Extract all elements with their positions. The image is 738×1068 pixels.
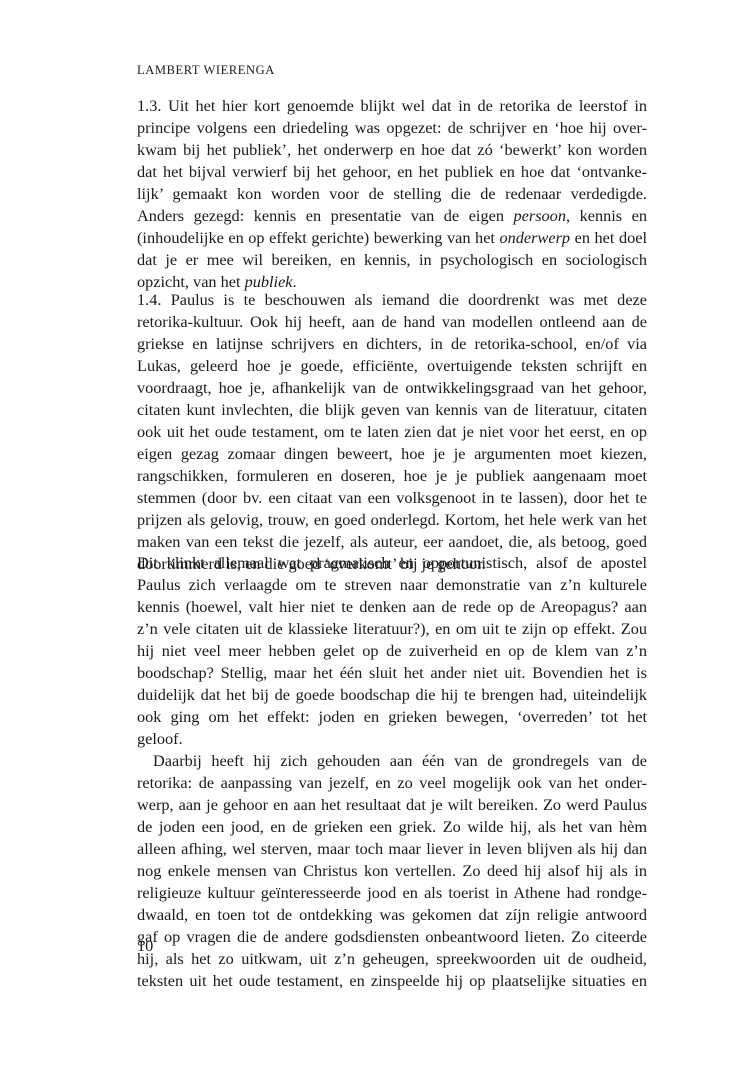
text-line: dwaald, en toen tot de ontdekking was ge… <box>137 904 647 926</box>
text-line: duidelijk dat het bij de goede boodschap… <box>137 684 647 706</box>
text-line: citaten kunt invlechten, die blijk geven… <box>137 399 647 421</box>
text-line: Paulus zich verlaagde om te streven naar… <box>137 574 647 596</box>
text-line: retorika-kultuur. Ook hij heeft, aan de … <box>137 311 647 333</box>
text-line: Dit klinkt allemaal wat pragmatisch en o… <box>137 552 647 574</box>
text-line-italic-persoon: Anders gezegd: kennis en presentatie van… <box>137 205 647 227</box>
text-line: ook uit het oude testament, om te laten … <box>137 421 647 443</box>
text-line: prijzen als gelovig, trouw, en goed onde… <box>137 509 647 531</box>
text-line: z’n vele citaten uit de klassieke litera… <box>137 618 647 640</box>
text-line: boodschap? Stellig, maar het één sluit h… <box>137 662 647 684</box>
text-line: eigen gezag zomaar dingen beweert, hoe j… <box>137 443 647 465</box>
paragraph-dit-klinkt: Dit klinkt allemaal wat pragmatisch en o… <box>137 552 647 750</box>
text-line: de joden een jood, en de grieken een gri… <box>137 816 647 838</box>
running-head: LAMBERT WIERENGA <box>137 63 275 78</box>
text-line: kennis (hoewel, valt hier niet te denken… <box>137 596 647 618</box>
italic-term: persoon <box>514 206 566 225</box>
text-line: griekse en latijnse schrijvers en dichte… <box>137 333 647 355</box>
text-line: hij, als het zo uitkwam, uit z’n geheuge… <box>137 948 647 970</box>
text-line: Lukas, geleerd hoe je goede, efficiënte,… <box>137 355 647 377</box>
text-line: voordraagt, hoe je, afhankelijk van de o… <box>137 377 647 399</box>
paragraph-1-4: 1.4. Paulus is te beschouwen als iemand … <box>137 289 647 575</box>
text-line-italic-onderwerp: (inhoudelijke en op effekt gerichte) bew… <box>137 227 647 249</box>
text-line: stemmen (door bv. een citaat van een vol… <box>137 487 647 509</box>
text-line: gaf op vragen die de andere godsdiensten… <box>137 926 647 948</box>
text-line: maken van een tekst die jezelf, als aute… <box>137 531 647 553</box>
text-line: rangschikken, formuleren en doseren, hoe… <box>137 465 647 487</box>
italic-term: onderwerp <box>500 228 571 247</box>
paragraph-1-3: 1.3. Uit het hier kort genoemde blijkt w… <box>137 95 647 293</box>
text-line: religieuze kultuur geïnteresseerde jood … <box>137 882 647 904</box>
text-line: dat je er mee wil bereiken, en kennis, i… <box>137 249 647 271</box>
text-line: dat het bijval verwierf bij het gehoor, … <box>137 161 647 183</box>
text-line: alleen afhing, wel sterven, maar toch ma… <box>137 838 647 860</box>
text-line: 1.3. Uit het hier kort genoemde blijkt w… <box>137 95 647 117</box>
text-line: geloof. <box>137 728 647 750</box>
text-line: lijk’ gemaakt kon worden voor de stellin… <box>137 183 647 205</box>
text-line: nog enkele mensen van Christus kon verte… <box>137 860 647 882</box>
text-line: principe volgens een driedeling was opge… <box>137 117 647 139</box>
text-line: kwam bij het publiek’, het onderwerp en … <box>137 139 647 161</box>
text-line: retorika: de aanpassing van jezelf, en z… <box>137 772 647 794</box>
text-line: Daarbij heeft hij zich gehouden aan één … <box>137 750 647 772</box>
text-line: hij niet veel meer hebben gelet op de zu… <box>137 640 647 662</box>
text-line: ook ging om het effekt: joden en grieken… <box>137 706 647 728</box>
text-line: 1.4. Paulus is te beschouwen als iemand … <box>137 289 647 311</box>
text-line: teksten uit het oude testament, en zinsp… <box>137 970 647 992</box>
paragraph-daarbij: Daarbij heeft hij zich gehouden aan één … <box>137 750 647 992</box>
page-number: 10 <box>137 936 153 956</box>
text-line: werp, aan je gehoor en aan het resultaat… <box>137 794 647 816</box>
